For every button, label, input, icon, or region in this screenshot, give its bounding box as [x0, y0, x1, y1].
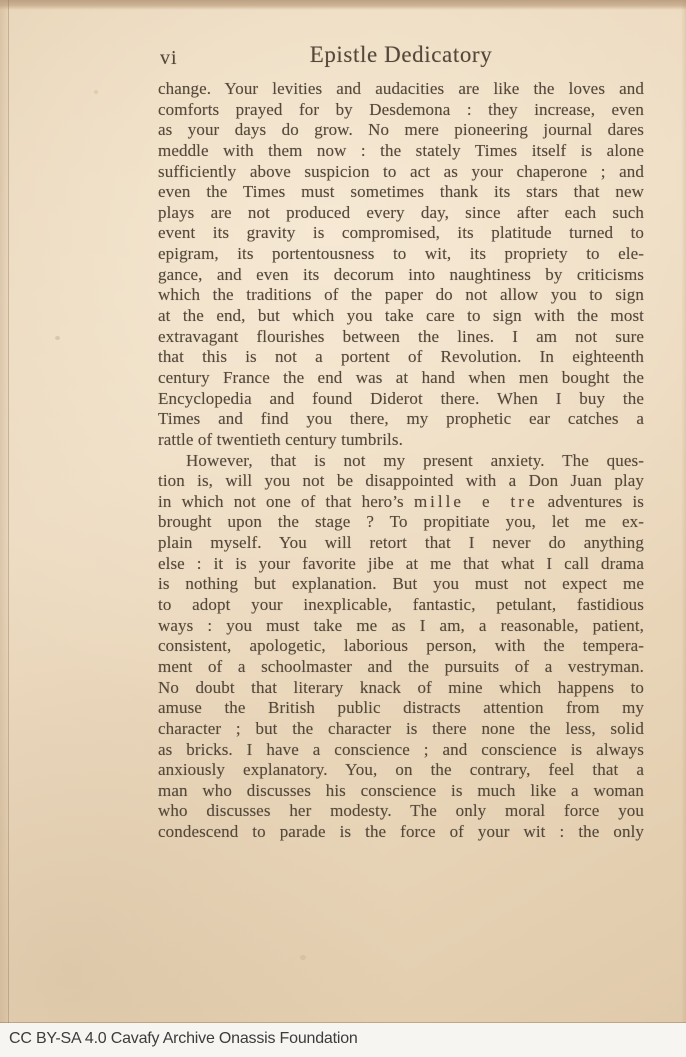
text-line-mille-e-tre: in which not one of that hero’s mille e … — [158, 492, 644, 513]
text-line: Encyclopedia and found Diderot there. Wh… — [158, 389, 644, 410]
body-text-block: change. Your levities and audacities are… — [158, 79, 644, 843]
text-line: plays are not produced every day, since … — [158, 203, 644, 224]
paragraph-first-line: However, that is not my present anxiety.… — [158, 451, 644, 472]
license-attribution-text: CC BY-SA 4.0 Cavafy Archive Onassis Foun… — [0, 1023, 686, 1055]
license-bar: CC BY-SA 4.0 Cavafy Archive Onassis Foun… — [0, 1023, 686, 1057]
text-line: character ; but the character is there n… — [158, 719, 644, 740]
text-line: that this is not a portent of Revolution… — [158, 347, 644, 368]
text-line: brought upon the stage ? To propitiate y… — [158, 512, 644, 533]
text-line: century France the end was at hand when … — [158, 368, 644, 389]
text-line: man who discusses his conscience is much… — [158, 781, 644, 802]
text-line: change. Your levities and audacities are… — [158, 79, 644, 100]
text-line: ways : you must take me as I am, a reaso… — [158, 616, 644, 637]
text-line: as your days do grow. No mere pioneering… — [158, 120, 644, 141]
text-line: which the traditions of the paper do not… — [158, 285, 644, 306]
text-line: comforts prayed for by Desdemona : they … — [158, 100, 644, 121]
text-line: as bricks. I have a conscience ; and con… — [158, 740, 644, 761]
text-line: anxiously explanatory. You, on the contr… — [158, 760, 644, 781]
text-line: epigram, its portentousness to wit, its … — [158, 244, 644, 265]
text-line: Times and find you there, my prophetic e… — [158, 409, 644, 430]
book-page-scan: vi Epistle Dedicatory change. Your levit… — [0, 0, 686, 1023]
page-top-edge — [0, 0, 686, 10]
text-line: sufficiently above suspicion to act as y… — [158, 162, 644, 183]
text-line: event its gravity is compromised, its pl… — [158, 223, 644, 244]
text-line: else : it is your favorite jibe at me th… — [158, 554, 644, 575]
foxing-speck — [300, 955, 306, 960]
text-line: is nothing but explanation. But you must… — [158, 574, 644, 595]
mille-pre: in which not one of that hero’s — [158, 492, 414, 511]
page-number: vi — [160, 47, 178, 70]
text-line: who discusses her modesty. The only mora… — [158, 801, 644, 822]
text-line: amuse the British public distracts atten… — [158, 698, 644, 719]
text-line: to adopt your inexplicable, fantastic, p… — [158, 595, 644, 616]
foxing-speck — [55, 336, 60, 340]
text-line: at the end, but which you take care to s… — [158, 306, 644, 327]
text-line: even the Times must sometimes thank its … — [158, 182, 644, 203]
text-line: condescend to parade is the force of you… — [158, 822, 644, 843]
text-line: extravagant flourishes between the lines… — [158, 327, 644, 348]
text-line: tion is, will you not be disappointed wi… — [158, 471, 644, 492]
text-line: ment of a schoolmaster and the pursuits … — [158, 657, 644, 678]
text-line: No doubt that literary knack of mine whi… — [158, 678, 644, 699]
page-header: vi Epistle Dedicatory — [158, 42, 644, 72]
mille-spaced-phrase: mille e tre — [414, 492, 538, 511]
text-line: plain myself. You will retort that I nev… — [158, 533, 644, 554]
text-line: meddle with them now : the stately Times… — [158, 141, 644, 162]
page-left-crease — [0, 0, 9, 1023]
foxing-speck — [94, 90, 98, 94]
paragraph-end-line: rattle of twentieth century tumbrils. — [158, 430, 644, 451]
running-head-title: Epistle Dedicatory — [158, 42, 644, 68]
mille-post: adventures is — [538, 492, 645, 511]
text-line: gance, and even its decorum into naughti… — [158, 265, 644, 286]
page-right-edge — [681, 0, 686, 1023]
text-line: consistent, apologetic, laborious person… — [158, 636, 644, 657]
